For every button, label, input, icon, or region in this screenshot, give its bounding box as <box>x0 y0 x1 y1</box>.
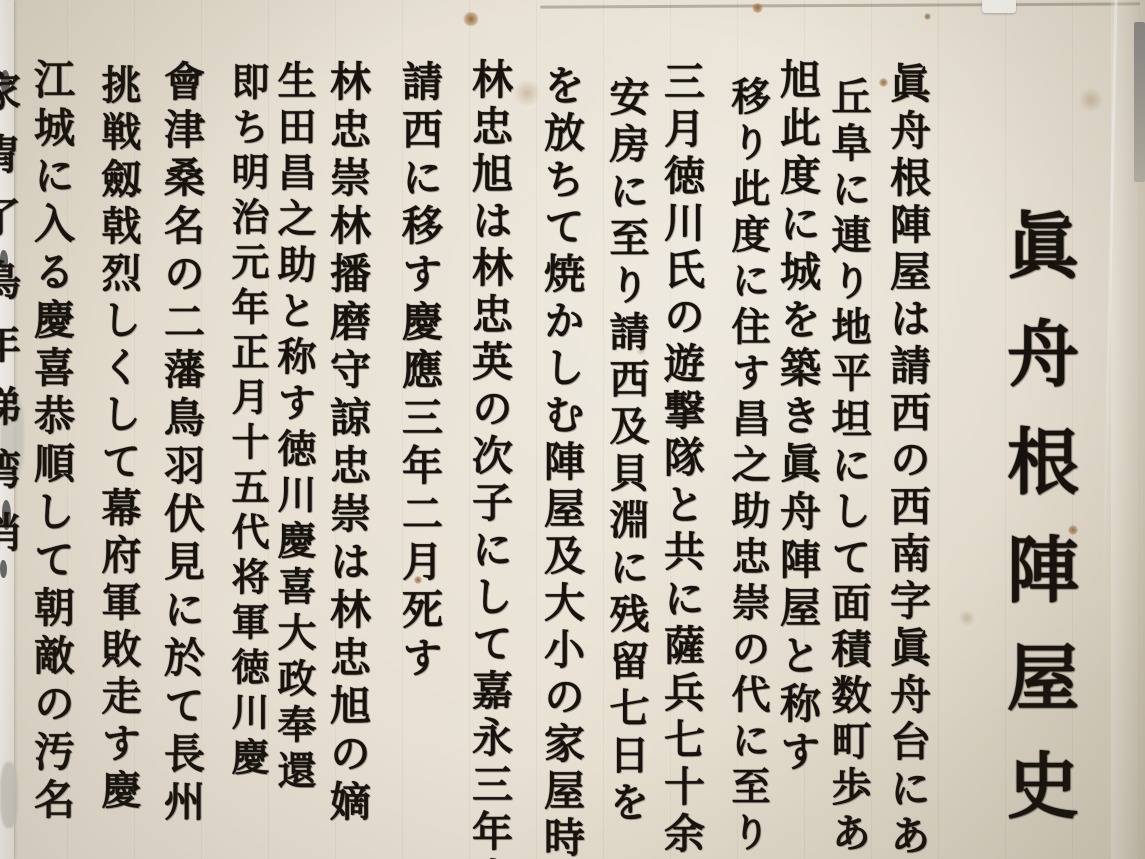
text-column-1: 眞舟根陣屋は請西の西南字眞舟台にあり四 <box>878 62 937 859</box>
text-column-2: 丘阜に連り地平坦にして面積数町歩あり嘉 <box>820 76 877 859</box>
manuscript-photo: 眞舟根陣屋史 眞舟根陣屋は請西の西南字眞舟台にあり四丘阜に連り地平坦にして面積数… <box>0 0 1145 859</box>
text-column-10: 林忠崇林播磨守諒忠崇は林忠旭の嫡 <box>318 60 377 859</box>
paper-top-edge <box>540 2 1140 8</box>
paper-stain <box>463 12 479 26</box>
text-column-15: 江城に入る慶喜恭順して朝敵の汚名 <box>22 58 81 859</box>
text-column-16: 家冑了鳥年悌湾消 <box>0 70 27 859</box>
text-column-7: を放ちて焼かしむ陣屋及大小の家屋時に <box>532 64 591 859</box>
paper-stain <box>752 3 763 13</box>
text-column-6: 安房に至り請西及貝淵に残留七日を <box>598 76 655 859</box>
text-column-4: 移り此度に住す昌之助忠崇の代に至り <box>720 76 776 859</box>
text-column-3: 旭此度に城を築き眞舟陣屋と称す <box>768 58 827 859</box>
text-column-8: 林忠旭は林忠英の次子にして嘉永三年十 <box>460 58 519 859</box>
manuscript-title: 眞舟根陣屋史 <box>985 208 1089 859</box>
text-column-14: 挑戦劔戟烈しくして幕府軍敗走す慶 <box>90 64 147 859</box>
tape-fragment <box>982 0 1016 13</box>
text-column-13: 會津桑名の二藩鳥羽伏見に於て長州 <box>152 60 211 859</box>
paper-stain <box>924 13 931 20</box>
paper-stain <box>958 610 976 626</box>
text-column-9: 請西に移す慶應三年二月死す <box>390 60 449 859</box>
paper-stain <box>1078 88 1104 112</box>
text-column-5: 三月徳川氏の遊撃隊と共に薩兵七十余人 <box>652 60 711 859</box>
text-column-12: 即ち明治元年正月十五代将軍徳川慶 <box>220 62 275 859</box>
background-gap <box>1134 22 1145 182</box>
